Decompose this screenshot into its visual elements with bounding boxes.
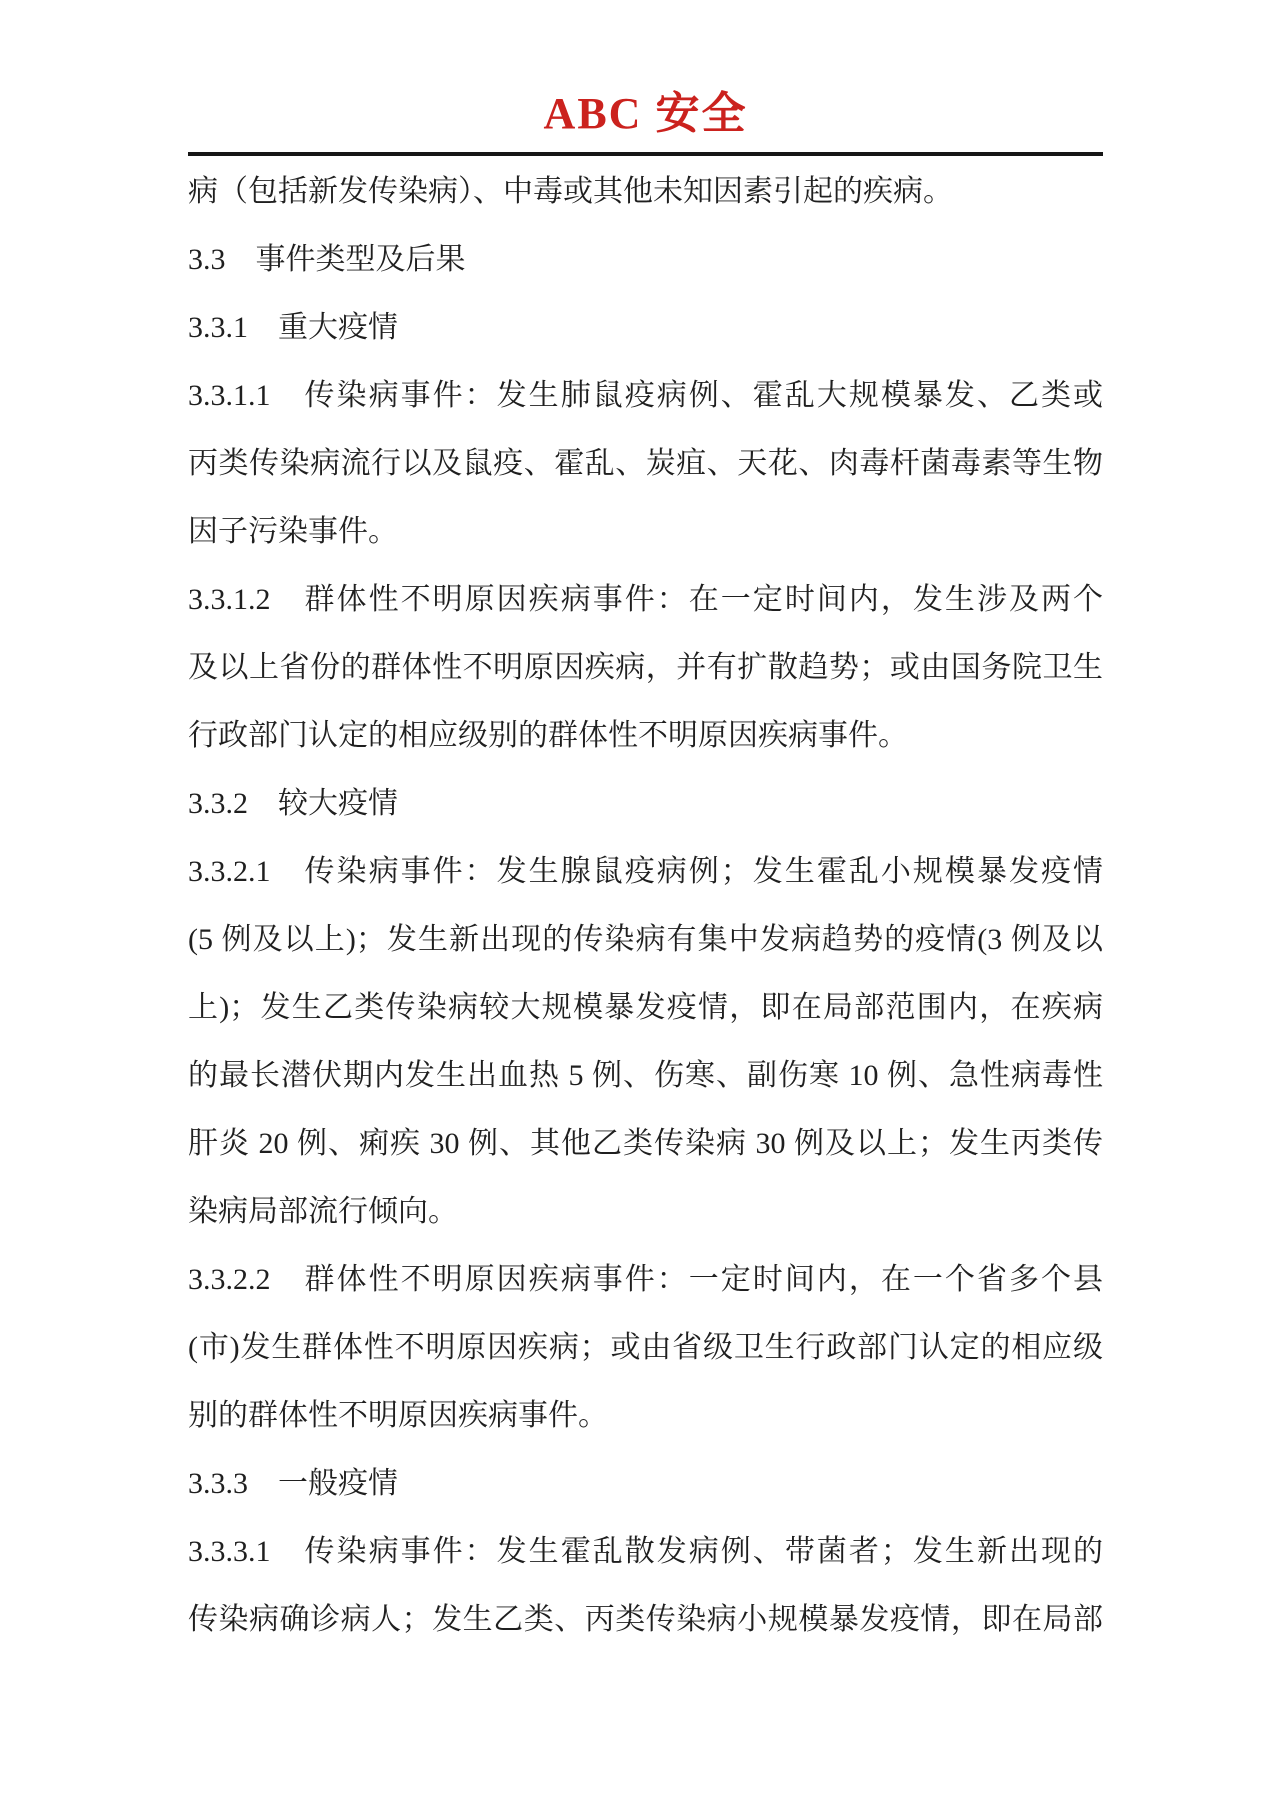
paragraph-line: 3.3.2.1 传染病事件：发生腺鼠疫病例；发生霍乱小规模暴发疫情 [188, 838, 1103, 906]
paragraph-line: 别的群体性不明原因疾病事件。 [188, 1382, 1103, 1450]
paragraph-line: 3.3.3.1 传染病事件：发生霍乱散发病例、带菌者；发生新出现的 [188, 1518, 1103, 1586]
paragraph-line: 因子污染事件。 [188, 498, 1103, 566]
paragraph-line: 上)；发生乙类传染病较大规模暴发疫情，即在局部范围内，在疾病 [188, 974, 1103, 1042]
section-heading: 3.3.1 重大疫情 [188, 294, 1103, 362]
section-heading: 3.3.3 一般疫情 [188, 1450, 1103, 1518]
page-header: ABC 安全 [188, 0, 1103, 156]
section-heading: 3.3 事件类型及后果 [188, 226, 1103, 294]
paragraph-line: (市)发生群体性不明原因疾病；或由省级卫生行政部门认定的相应级 [188, 1314, 1103, 1382]
section-heading: 3.3.2 较大疫情 [188, 770, 1103, 838]
paragraph-line: 的最长潜伏期内发生出血热 5 例、伤寒、副伤寒 10 例、急性病毒性 [188, 1042, 1103, 1110]
document-page: ABC 安全 病（包括新发传染病）、中毒或其他未知因素引起的疾病。 3.3 事件… [0, 0, 1280, 1810]
paragraph-line: 3.3.1.2 群体性不明原因疾病事件：在一定时间内，发生涉及两个 [188, 566, 1103, 634]
paragraph-line: (5 例及以上)；发生新出现的传染病有集中发病趋势的疫情(3 例及以 [188, 906, 1103, 974]
paragraph-line: 行政部门认定的相应级别的群体性不明原因疾病事件。 [188, 702, 1103, 770]
paragraph-line: 肝炎 20 例、痢疾 30 例、其他乙类传染病 30 例及以上；发生丙类传 [188, 1110, 1103, 1178]
paragraph-line: 3.3.1.1 传染病事件：发生肺鼠疫病例、霍乱大规模暴发、乙类或 [188, 362, 1103, 430]
paragraph-line: 病（包括新发传染病）、中毒或其他未知因素引起的疾病。 [188, 158, 1103, 226]
page-title: ABC 安全 [188, 0, 1103, 138]
document-body: 病（包括新发传染病）、中毒或其他未知因素引起的疾病。 3.3 事件类型及后果 3… [188, 158, 1103, 1654]
paragraph-line: 及以上省份的群体性不明原因疾病，并有扩散趋势；或由国务院卫生 [188, 634, 1103, 702]
paragraph-line: 染病局部流行倾向。 [188, 1178, 1103, 1246]
paragraph-line: 3.3.2.2 群体性不明原因疾病事件：一定时间内，在一个省多个县 [188, 1246, 1103, 1314]
paragraph-line: 丙类传染病流行以及鼠疫、霍乱、炭疽、天花、肉毒杆菌毒素等生物 [188, 430, 1103, 498]
paragraph-line: 传染病确诊病人；发生乙类、丙类传染病小规模暴发疫情，即在局部 [188, 1586, 1103, 1654]
header-divider [188, 152, 1103, 156]
